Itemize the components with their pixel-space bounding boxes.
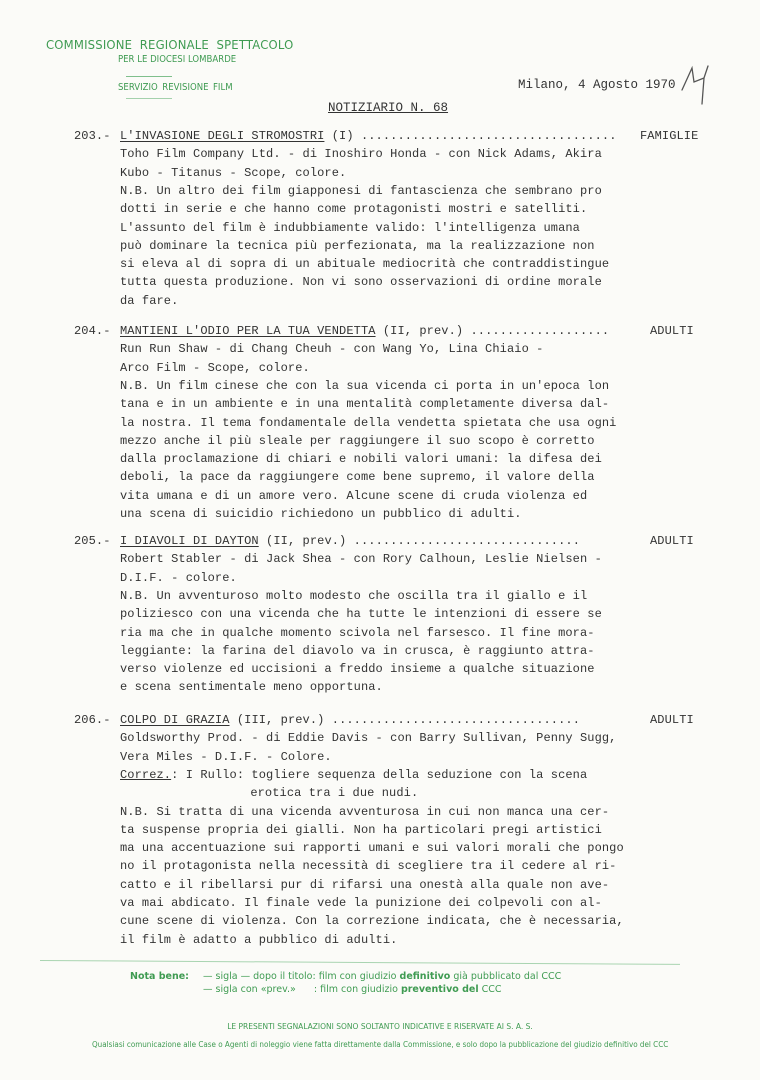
film-title: MANTIENI L'ODIO PER LA TUA VENDETTA [120,324,376,338]
entry-text-line: dotti in serie e che hanno come protagon… [120,202,587,216]
entry-text-line: N.B. Si tratta di una vicenda avventuros… [120,805,609,819]
entry-text-line: N.B. Un film cinese che con la sua vicen… [120,379,609,393]
entry-text-line: mezzo anche il più sleale per raggiunger… [120,434,595,448]
entry-text-line: verso violenze ed uccisioni a freddo ins… [120,662,595,676]
entry-heading: I DIAVOLI DI DAYTON (II, prev.) ........… [120,534,580,548]
entry-text-line: dalla proclamazione di chiari e nobili v… [120,452,602,466]
dot-leader: ............................... [346,534,580,548]
film-classification: (II, prev.) [383,324,463,338]
entry-text-line: tutta questa produzione. Non vi sono oss… [120,275,602,289]
entry-text-line: può dominare la tecnica più perfezionata… [120,239,595,253]
legend-text: già pubblicato dal CCC [450,971,561,982]
entry-text-line: Arco Film - Scope, colore. [120,361,310,375]
entry-text-line: Robert Stabler - di Jack Shea - con Rory… [120,552,602,566]
entry-text-line: tana e in un ambiente e in una mentalità… [120,397,609,411]
entry-text-line: da fare. [120,294,178,308]
legend-text: — sigla con «prev.» : film con giudizio [203,984,401,995]
correction-text: : I Rullo: togliere sequenza della seduz… [171,768,587,782]
entry-heading: COLPO DI GRAZIA (III, prev.) ...........… [120,713,580,727]
dot-leader: .................................. [324,713,580,727]
dot-leader: ................................... [354,129,617,143]
entry-text-line: ta suspense propria dei gialli. Non ha p… [120,823,602,837]
entry-text-line: si eleva al di sopra di un abituale medi… [120,257,609,271]
entry-text-line: vita umana e di un amore vero. Alcune sc… [120,489,587,503]
entry-number: 206.- [74,713,111,727]
legend-line-preventive: — sigla con «prev.» : film con giudizio … [203,984,502,995]
entry-text-line: ma una accentuazione sui rapporti umani … [120,841,624,855]
film-title: I DIAVOLI DI DAYTON [120,534,259,548]
entry-number: 204.- [74,324,111,338]
entry-text-line: poliziesco con una vicenda che ha tutte … [120,607,602,621]
entry-heading: MANTIENI L'ODIO PER LA TUA VENDETTA (II,… [120,324,609,338]
entry-text-line: va mai abdicato. Il finale vede la puniz… [120,896,602,910]
entry-text-line: leggiante: la farina del diavolo va in c… [120,644,595,658]
distribution-notice: Qualsiasi comunicazione alle Case o Agen… [0,1040,760,1049]
entry-text-line: N.B. Un avventuroso molto modesto che os… [120,589,587,603]
film-classification: (III, prev.) [237,713,325,727]
entry-heading: L'INVASIONE DEGLI STROMOSTRI (I) .......… [120,129,617,143]
correction-line: Correz.: I Rullo: togliere sequenza dell… [120,768,587,782]
bulletin-title: NOTIZIARIO N. 68 [328,101,448,115]
letterhead-divider-lower [126,98,172,99]
audience-rating: ADULTI [650,534,694,548]
legend-text: — sigla — dopo il titolo: film con giudi… [203,971,400,982]
entry-text-line: cune scene di violenza. Con la correzion… [120,914,624,928]
footer-divider [40,960,680,965]
date-line: Milano, 4 Agosto 1970 [518,78,676,92]
entry-text-line: e scena sentimentale meno opportuna. [120,680,383,694]
disclaimer: LE PRESENTI SEGNALAZIONI SONO SOLTANTO I… [0,1022,760,1031]
distribution-notice-text: Qualsiasi comunicazione alle Case o Agen… [92,1040,668,1049]
film-title: COLPO DI GRAZIA [120,713,230,727]
dot-leader: ................... [463,324,609,338]
entry-number: 205.- [74,534,111,548]
entry-text-line: catto e il ribellarsi pur di rifarsi una… [120,878,609,892]
film-classification: (II, prev.) [266,534,346,548]
legend-line-definitive: — sigla — dopo il titolo: film con giudi… [203,971,561,982]
entry-number: 203.- [74,129,111,143]
legend-text: CCC [479,984,502,995]
legend-label: Nota bene: [130,971,189,982]
entry-text-line: D.I.F. - colore. [120,571,237,585]
correction-label: Correz. [120,768,171,782]
letterhead-divider [126,76,172,77]
entry-text-line: no il protagonista nella necessità di sc… [120,859,616,873]
organization-subtitle: PER LE DIOCESI LOMBARDE [118,54,236,65]
signature-mark [680,60,716,106]
entry-text-line: Toho Film Company Ltd. - di Inoshiro Hon… [120,147,602,161]
entry-text-line: Goldsworthy Prod. - di Eddie Davis - con… [120,731,616,745]
entry-text-line: una scena di suicidio richiedono un pubb… [120,507,522,521]
entry-text-line: Vera Miles - D.I.F. - Colore. [120,750,332,764]
entry-text-line: deboli, la pace da raggiungere come bene… [120,470,595,484]
film-title: L'INVASIONE DEGLI STROMOSTRI [120,129,324,143]
entry-text-line: Run Run Shaw - di Chang Cheuh - con Wang… [120,342,543,356]
entry-text-line: la nostra. Il tema fondamentale della ve… [120,416,616,430]
entry-text-line: N.B. Un altro dei film giapponesi di fan… [120,184,602,198]
audience-rating: ADULTI [650,713,694,727]
correction-line: erotica tra i due nudi. [170,786,418,800]
audience-rating: FAMIGLIE [640,129,698,143]
legend-emphasis: definitivo [400,971,451,982]
film-classification: (I) [332,129,354,143]
legend-emphasis: preventivo del [401,984,479,995]
entry-text-line: Kubo - Titanus - Scope, colore. [120,166,346,180]
entry-text-line: L'assunto del film è indubbiamente valid… [120,221,580,235]
audience-rating: ADULTI [650,324,694,338]
organization-name: COMMISSIONE REGIONALE SPETTACOLO [46,37,316,52]
service-name: SERVIZIO REVISIONE FILM [118,82,233,93]
entry-text-line: il film è adatto a pubblico di adulti. [120,933,397,947]
entry-text-line: ria ma che in qualche momento scivola ne… [120,626,595,640]
